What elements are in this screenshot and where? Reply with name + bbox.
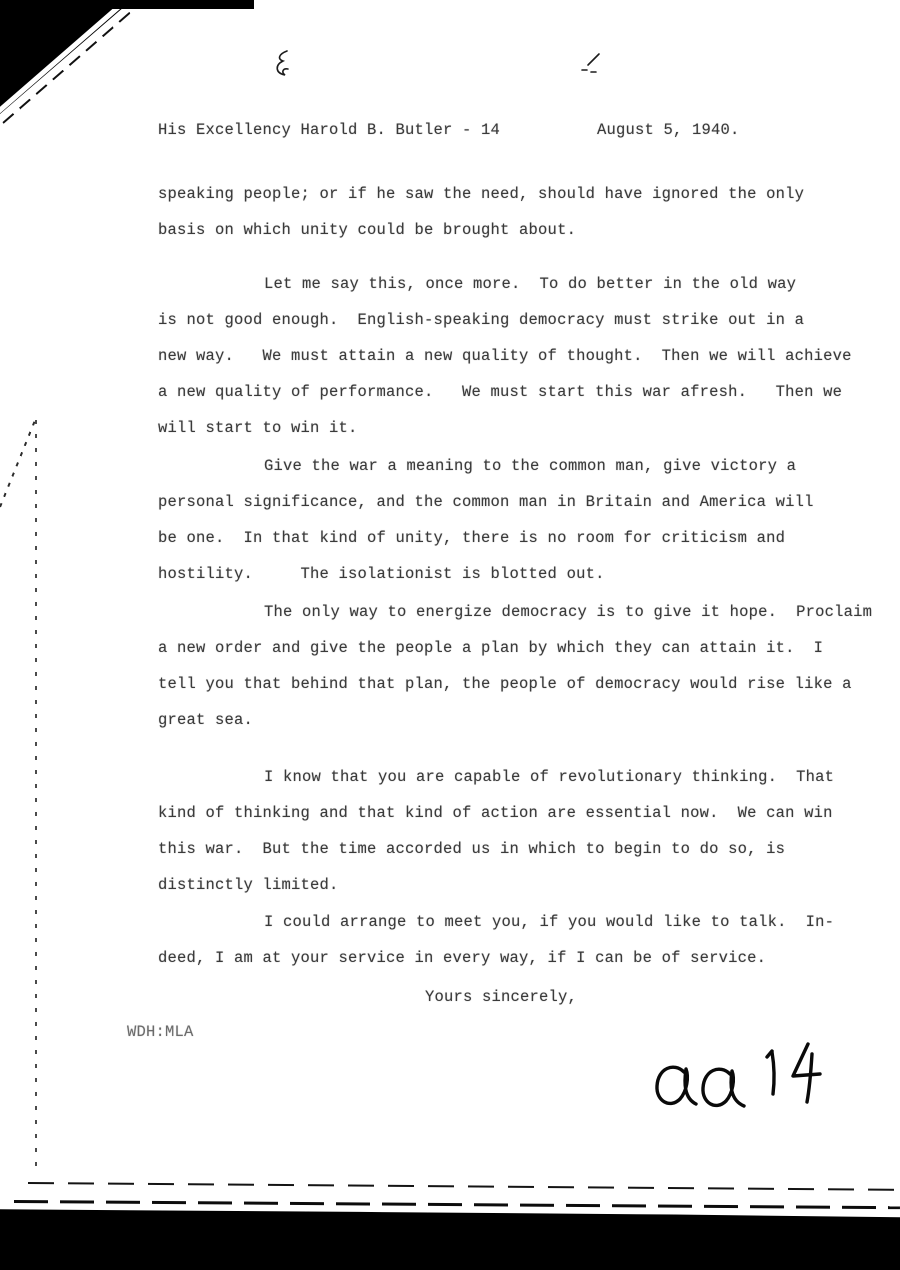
- typed-line: is not good enough. English-speaking dem…: [158, 302, 852, 338]
- letter-paragraph: Let me say this, once more. To do better…: [158, 266, 852, 446]
- letter-paragraph: I know that you are capable of revolutio…: [158, 759, 834, 903]
- typed-line: be one. In that kind of unity, there is …: [158, 520, 814, 556]
- typed-line: kind of thinking and that kind of action…: [158, 795, 834, 831]
- typed-line: Give the war a meaning to the common man…: [158, 448, 814, 484]
- letter-paragraph: The only way to energize democracy is to…: [158, 594, 872, 738]
- typed-line: I know that you are capable of revolutio…: [158, 759, 834, 795]
- letter-paragraph: I could arrange to meet you, if you woul…: [158, 904, 834, 976]
- typed-line: Let me say this, once more. To do better…: [158, 266, 852, 302]
- typed-line: personal significance, and the common ma…: [158, 484, 814, 520]
- vertical-fold-line: [35, 420, 37, 1168]
- typed-line: deed, I am at your service in every way,…: [158, 940, 834, 976]
- typed-line: The only way to energize democracy is to…: [158, 594, 872, 630]
- typed-line: basis on which unity could be brought ab…: [158, 212, 804, 248]
- scanned-letter-page: His Excellency Harold B. Butler - 14 Aug…: [0, 0, 900, 1270]
- typed-line: this war. But the time accorded us in wh…: [158, 831, 834, 867]
- typed-line: a new quality of performance. We must st…: [158, 374, 852, 410]
- typist-initials: WDH:MLA: [127, 1014, 194, 1050]
- typed-line: Yours sincerely,: [425, 979, 577, 1015]
- scan-top-edge-artifact: [40, 0, 254, 9]
- recipient-header: His Excellency Harold B. Butler - 14: [158, 121, 500, 139]
- valediction: Yours sincerely,: [425, 979, 577, 1015]
- letter-paragraph: Give the war a meaning to the common man…: [158, 448, 814, 592]
- bottom-dashed-line: [14, 1200, 900, 1209]
- ink-squiggle-mark: [270, 46, 298, 84]
- typed-line: great sea.: [158, 702, 872, 738]
- diagonal-fold-line: [0, 417, 37, 508]
- scan-corner-fold-artifact: [0, 0, 132, 114]
- typed-line: distinctly limited.: [158, 867, 834, 903]
- typed-line: tell you that behind that plan, the peop…: [158, 666, 872, 702]
- typed-line: WDH:MLA: [127, 1014, 194, 1050]
- typed-line: will start to win it.: [158, 410, 852, 446]
- handwritten-page-number: [650, 1038, 840, 1126]
- typed-line: speaking people; or if he saw the need, …: [158, 176, 804, 212]
- ink-squiggle-mark: [576, 50, 608, 78]
- typed-line: hostility. The isolationist is blotted o…: [158, 556, 814, 592]
- typed-line: new way. We must attain a new quality of…: [158, 338, 852, 374]
- bottom-dashed-line: [28, 1182, 900, 1191]
- scan-bottom-edge-artifact: [0, 1204, 900, 1270]
- letter-header-row: His Excellency Harold B. Butler - 14 Aug…: [158, 112, 858, 148]
- letter-date: August 5, 1940.: [597, 112, 740, 148]
- typed-line: a new order and give the people a plan b…: [158, 630, 872, 666]
- letter-paragraph: speaking people; or if he saw the need, …: [158, 176, 804, 248]
- typed-line: I could arrange to meet you, if you woul…: [158, 904, 834, 940]
